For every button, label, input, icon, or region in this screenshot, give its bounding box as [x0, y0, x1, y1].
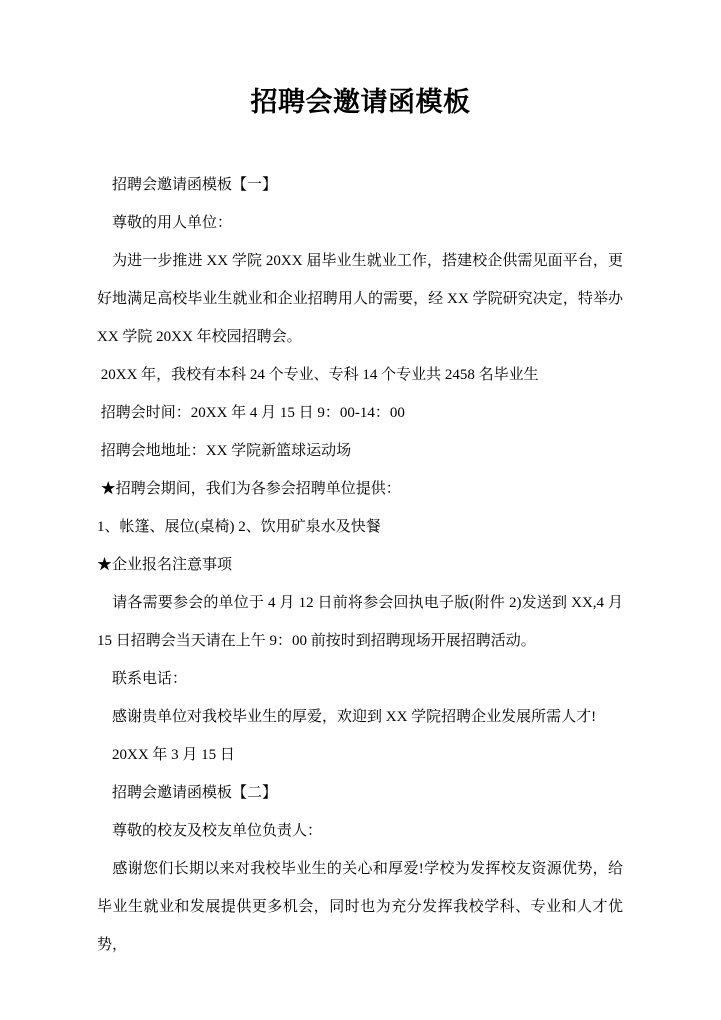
- paragraph-salutation-2: 尊敬的校友及校友单位负责人：: [97, 812, 623, 850]
- paragraph-graduate-stats: 20XX 年，我校有本科 24 个专业、专科 14 个专业共 2458 名毕业生: [97, 356, 623, 394]
- paragraph-registration-instructions: 请各需要参会的单位于 4 月 12 日前将参会回执电子版(附件 2)发送到 XX…: [97, 584, 623, 660]
- paragraph-fair-address: 招聘会地地址：XX 学院新篮球运动场: [97, 432, 623, 470]
- paragraph-provided-services-list: 1、帐篷、展位(桌椅) 2、饮用矿泉水及快餐: [97, 508, 623, 546]
- paragraph-section-2-heading: 招聘会邀请函模板【二】: [97, 774, 623, 812]
- paragraph-fair-time: 招聘会时间：20XX 年 4 月 15 日 9：00-14：00: [97, 394, 623, 432]
- paragraph-intro: 为进一步推进 XX 学院 20XX 届毕业生就业工作，搭建校企供需见面平台，更好…: [97, 242, 623, 356]
- document-title: 招聘会邀请函模板: [0, 0, 721, 122]
- paragraph-section-1-heading: 招聘会邀请函模板【一】: [97, 166, 623, 204]
- paragraph-provided-services-heading: ★招聘会期间，我们为各参会招聘单位提供：: [97, 470, 623, 508]
- paragraph-registration-notes-heading: ★企业报名注意事项: [97, 546, 623, 584]
- document-page: 招聘会邀请函模板 招聘会邀请函模板【一】 尊敬的用人单位： 为进一步推进 XX …: [0, 0, 721, 1020]
- paragraph-alumni-intro: 感谢您们长期以来对我校毕业生的关心和厚爱!学校为发挥校友资源优势，给毕业生就业和…: [97, 850, 623, 964]
- paragraph-date: 20XX 年 3 月 15 日: [97, 736, 623, 774]
- paragraph-thanks: 感谢贵单位对我校毕业生的厚爱，欢迎到 XX 学院招聘企业发展所需人才!: [97, 698, 623, 736]
- document-body: 招聘会邀请函模板【一】 尊敬的用人单位： 为进一步推进 XX 学院 20XX 届…: [97, 166, 623, 964]
- paragraph-salutation-1: 尊敬的用人单位：: [97, 204, 623, 242]
- paragraph-contact-phone: 联系电话：: [97, 660, 623, 698]
